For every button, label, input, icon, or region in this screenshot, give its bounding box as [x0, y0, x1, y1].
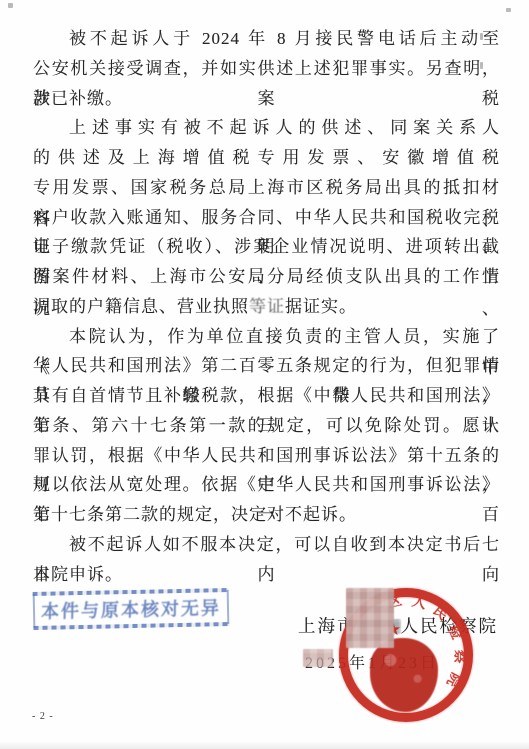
text-line: 具有自首情节且补缴税款，根据《中华人民共和国刑法》第三十 — [33, 381, 500, 411]
line-text: 不起诉。 — [285, 505, 357, 524]
text-line: 游案件材料、上海市公安局分局经侦支队出具的工作情况、 — [33, 262, 500, 292]
line-text: 接民警电话后主动至 — [315, 29, 500, 48]
line-text: 的供述、同案关系人 — [298, 118, 500, 137]
text-line: 可以依法从宽处理。依据《中华人民共和国刑事诉讼法》第一百 — [33, 470, 500, 500]
text-line: 被不起诉人如不服本决定，可以自收到本决定书后七日内向 — [33, 530, 500, 560]
certification-stamp-text: 本件与原本核对无异 — [41, 594, 221, 624]
scan-speck — [480, 33, 483, 40]
scanned-document-page: 被不起诉人于 2024 年 8 月接民警电话后主动至公安机关接受调查，并如实供述… — [0, 0, 529, 749]
redaction-blob-over-date — [303, 649, 333, 667]
text-line: 专用发票、国家税务总局上海市区税务局出具的抵扣材料、 — [33, 173, 500, 203]
line-text: 调取的户籍信息、营业执照 — [33, 297, 249, 316]
text-line: 华人民共和国刑法》第二百零五条规定的行为，但犯罪情节轻微， — [33, 351, 500, 381]
seal-arc-char: 察 — [450, 648, 468, 665]
document-body: 被不起诉人于 2024 年 8 月接民警电话后主动至公安机关接受调查，并如实供述… — [33, 24, 500, 589]
text-line: 电子缴款凭证（税收）、涉案企业情况说明、进项转出截图、上 — [33, 232, 500, 262]
text-line: 被不起诉人于 2024 年 8 月接民警电话后主动至 — [33, 24, 500, 54]
text-line: 公安机关接受调查，并如实供述上述犯罪事实。另查明，涉案税 — [33, 54, 500, 84]
line-text: 被不起诉人 — [33, 29, 173, 48]
scan-edge-shadow — [0, 741, 529, 749]
text-line: 的供述及上海增值税专用发票、安徽增值税 — [33, 143, 500, 173]
line-text: 本院申诉。 — [33, 565, 123, 584]
line-text: 游案件材料、上海市公安局 — [33, 267, 267, 286]
scan-speck — [506, 8, 511, 12]
line-text: 愿认 — [462, 416, 500, 435]
scan-speck — [8, 3, 13, 8]
line-text: 上述事实有被不起诉人 — [33, 118, 298, 137]
line-text: 的供述及上海增值税专用发票、安徽增值税 — [33, 148, 500, 167]
page-number: - 2 - — [32, 711, 54, 722]
line-text: 据证实。 — [285, 297, 357, 316]
text-line: 客户收款入账通知、服务合同、中华人民共和国税收完税证明、 — [33, 203, 500, 233]
certification-stamp: 本件与原本核对无异 — [33, 590, 230, 628]
text-line: 七条、第六十七条第一款的规定，可以免除处罚。愿认 — [33, 411, 500, 441]
line-text: 专用发票、国家税务总局上海市 — [33, 178, 306, 197]
scan-speck — [480, 62, 483, 69]
line-text: 本院认为， — [33, 327, 167, 346]
text-line: 上述事实有被不起诉人的供述、同案关系人 — [33, 113, 500, 143]
line-text: 七条、第六十七条第一款的规定，可以免除处罚。 — [33, 416, 462, 435]
text-line: 本院认为，作为单位直接负责的主管人员，实施了《中 — [33, 322, 500, 352]
line-text: 等证 — [249, 297, 285, 316]
line-text: 七十七条第二款的规定，决定对 — [33, 505, 285, 524]
text-line: 罪认罚，根据《中华人民共和国刑事诉讼法》第十五条的规定， — [33, 441, 500, 471]
line-text: 于 2024 年 8 月 — [173, 29, 315, 48]
redaction-blob-over-seal — [346, 588, 394, 648]
line-text: 款已补缴。 — [33, 89, 123, 108]
